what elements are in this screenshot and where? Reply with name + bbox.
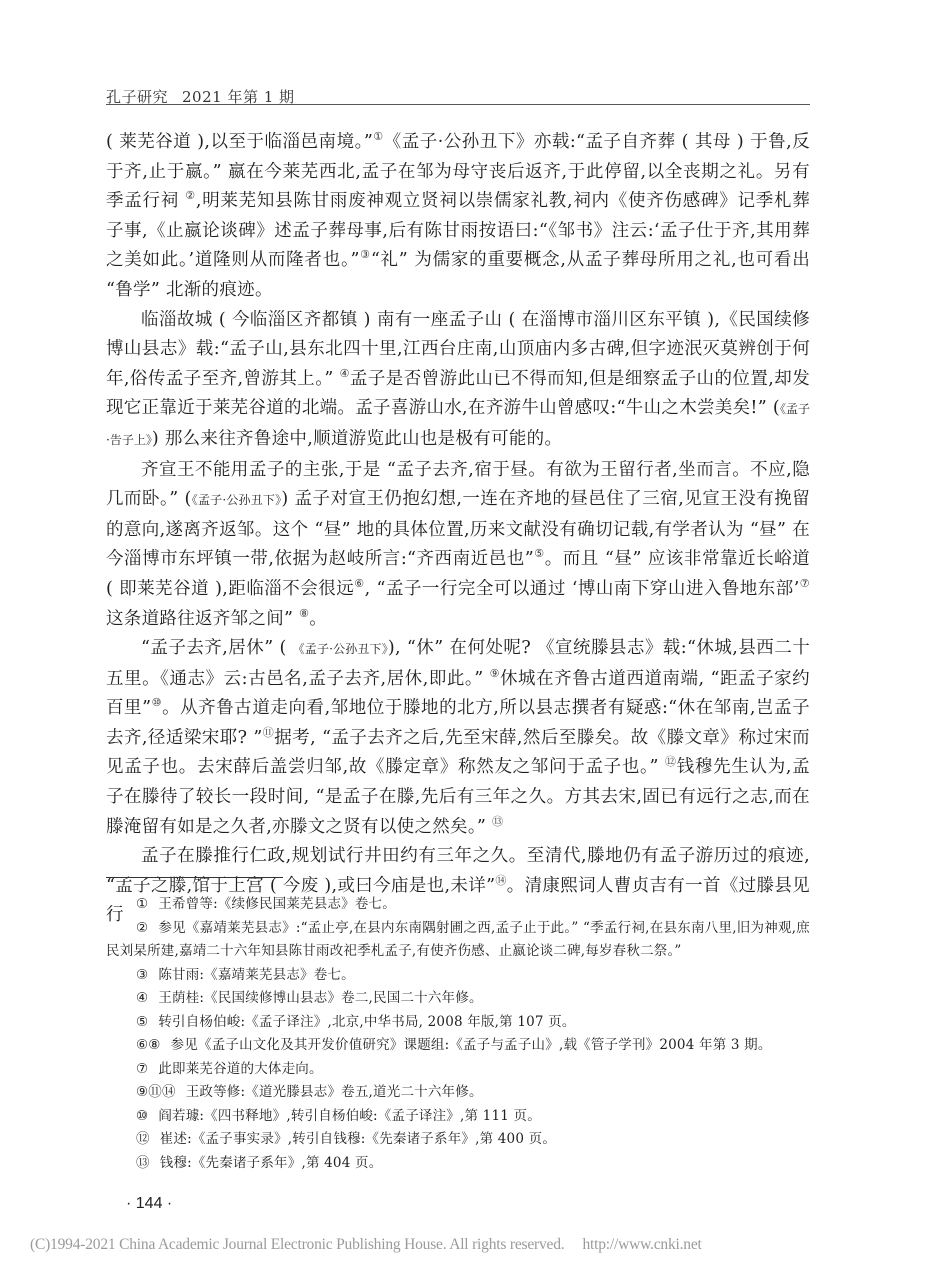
footnote-ref[interactable]: ⑤ — [534, 547, 545, 560]
footnote-ref[interactable]: ⑨ — [490, 667, 500, 680]
inline-citation: 《孟子·公孙丑下》 — [293, 642, 388, 656]
footnote-3: ③陈甘雨:《嘉靖莱芜县志》卷七。 — [106, 964, 810, 988]
footnote-1: ①王希曾等:《续修民国莱芜县志》卷七。 — [106, 893, 810, 917]
footnote-ref[interactable]: ⑧ — [299, 607, 309, 620]
text-run: “孟子去齐,居休” ( — [141, 638, 293, 658]
footnote-2: ②参见《嘉靖莱芜县志》:“孟止亭,在县内东南隅射圃之西,孟子止于此。” “季孟行… — [106, 917, 810, 964]
footnote-mark: ⑥⑧ — [136, 1037, 161, 1053]
footnote-mark: ⑫ — [136, 1131, 150, 1147]
footnote-ref[interactable]: ① — [373, 130, 384, 143]
text-run: ( 莱芜谷道 ),以至于临淄邑南境。” — [106, 132, 373, 152]
footnote-mark: ① — [136, 896, 148, 912]
footnote-ref[interactable]: ③ — [360, 249, 371, 262]
text-run: ) 那么来往齐鲁途中,顺道游览此山也是极有可能的。 — [152, 429, 562, 449]
footnote-text: 陈甘雨:《嘉靖莱芜县志》卷七。 — [158, 967, 355, 983]
footnote-text: 崔述:《孟子事实录》,转引自钱穆:《先秦诸子系年》,第 400 页。 — [160, 1131, 556, 1147]
footnote-mark: ⑤ — [136, 1014, 148, 1030]
footnote-5: ⑤转引自杨伯峻:《孟子译注》,北京,中华书局, 2008 年版,第 107 页。 — [106, 1011, 810, 1035]
footnote-ref[interactable]: ⑬ — [492, 815, 503, 828]
header-rule — [106, 104, 810, 105]
text-run: 。 — [309, 609, 327, 629]
footnote-text: 阎若璩:《四书释地》,转引自杨伯峻:《孟子译注》,第 111 页。 — [158, 1108, 541, 1124]
footnote-6-8: ⑥⑧参见《孟子山文化及其开发价值研究》课题组:《孟子与孟子山》,载《管子学刊》2… — [106, 1034, 810, 1058]
footnote-text: 王希曾等:《续修民国莱芜县志》卷七。 — [158, 896, 396, 912]
footnote-ref[interactable]: ⑦ — [800, 577, 810, 590]
footnote-text: 钱穆:《先秦诸子系年》,第 404 页。 — [160, 1155, 383, 1171]
copyright-text: (C)1994-2021 China Academic Journal Elec… — [30, 1236, 564, 1253]
footnote-10: ⑩阎若璩:《四书释地》,转引自杨伯峻:《孟子译注》,第 111 页。 — [106, 1105, 810, 1129]
footnote-text: 王政等修:《道光滕县志》卷五,道光二十六年修。 — [186, 1084, 483, 1100]
footnote-7: ⑦此即莱芜谷道的大体走向。 — [106, 1058, 810, 1082]
footnote-mark: ② — [136, 920, 148, 936]
journal-page: 孔子研究2021 年第 1 期 ( 莱芜谷道 ),以至于临淄邑南境。”①《孟子·… — [0, 0, 945, 1282]
copyright-notice: (C)1994-2021 China Academic Journal Elec… — [30, 1236, 702, 1254]
paragraph-4: “孟子去齐,居休” ( 《孟子·公孙丑下》), “休” 在何处呢? 《宣统滕县志… — [106, 634, 810, 842]
footnote-mark: ⑬ — [136, 1155, 150, 1171]
text-run: , “孟子一行完全可以通过 ‘博山南下穿山进入鲁地东部’ — [365, 579, 800, 599]
paragraph-3: 齐宣王不能用孟子的主张,于是 “孟子去齐,宿于昼。有欲为王留行者,坐而言。不应,… — [106, 456, 810, 635]
footnote-mark: ③ — [136, 967, 148, 983]
footnote-mark: ④ — [136, 990, 148, 1006]
paragraph-2: 临淄故城 ( 今临淄区齐都镇 ) 南有一座孟子山 ( 在淄博市淄川区东平镇 ),… — [106, 306, 810, 456]
footnote-ref[interactable]: ⑩ — [151, 696, 162, 709]
footnote-text: 王荫桂:《民国续修博山县志》卷二,民国二十六年修。 — [158, 990, 482, 1006]
footnote-9-11-14: ⑨⑪⑭王政等修:《道光滕县志》卷五,道光二十六年修。 — [106, 1081, 810, 1105]
footnote-ref[interactable]: ② — [185, 189, 196, 202]
footnote-ref[interactable]: ⑥ — [354, 577, 364, 590]
footnote-text: 参见《孟子山文化及其开发价值研究》课题组:《孟子与孟子山》,载《管子学刊》200… — [171, 1037, 772, 1053]
footnote-12: ⑫崔述:《孟子事实录》,转引自钱穆:《先秦诸子系年》,第 400 页。 — [106, 1128, 810, 1152]
footnote-ref[interactable]: ④ — [340, 367, 350, 380]
body-text: ( 莱芜谷道 ),以至于临淄邑南境。”①《孟子·公孙丑下》亦载:“孟子自齐葬 (… — [106, 128, 810, 931]
page-number: · 144 · — [126, 1195, 172, 1213]
footnote-text: 转引自杨伯峻:《孟子译注》,北京,中华书局, 2008 年版,第 107 页。 — [158, 1014, 575, 1030]
footnote-text: 参见《嘉靖莱芜县志》:“孟止亭,在县内东南隅射圃之西,孟子止于此。” “季孟行祠… — [106, 920, 810, 960]
footnote-mark: ⑨⑪⑭ — [136, 1084, 176, 1100]
footnote-13: ⑬钱穆:《先秦诸子系年》,第 404 页。 — [106, 1152, 810, 1176]
footnote-mark: ⑦ — [136, 1061, 148, 1077]
paragraph-1: ( 莱芜谷道 ),以至于临淄邑南境。”①《孟子·公孙丑下》亦载:“孟子自齐葬 (… — [106, 128, 810, 306]
footnote-4: ④王荫桂:《民国续修博山县志》卷二,民国二十六年修。 — [106, 987, 810, 1011]
inline-citation: 《孟子·公孙丑下》 — [192, 493, 282, 507]
cnki-link[interactable]: http://www.cnki.net — [582, 1236, 701, 1253]
footnote-text: 此即莱芜谷道的大体走向。 — [158, 1061, 322, 1077]
footnote-mark: ⑩ — [136, 1108, 148, 1124]
text-run: 这条道路往返齐邹之间” — [106, 609, 299, 629]
footnotes-list: ①王希曾等:《续修民国莱芜县志》卷七。 ②参见《嘉靖莱芜县志》:“孟止亭,在县内… — [106, 893, 810, 1175]
footnote-ref[interactable]: ⑪ — [263, 726, 275, 739]
footnote-separator — [106, 877, 283, 878]
footnote-ref[interactable]: ⑫ — [665, 756, 677, 769]
footnote-ref[interactable]: ⑭ — [495, 874, 506, 887]
